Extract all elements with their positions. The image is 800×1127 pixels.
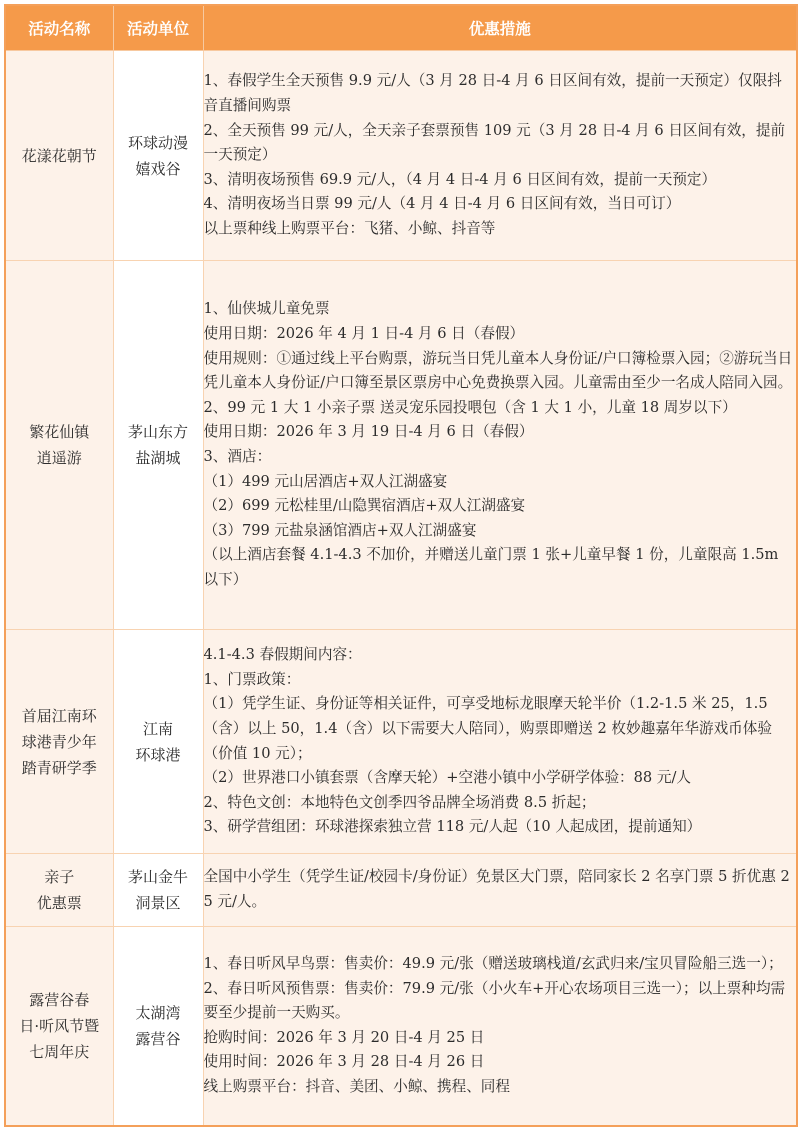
table-row: 亲子优惠票 茅山金牛洞景区 全国中小学生（凭学生证/校园卡/身份证）免景区大门票… bbox=[5, 854, 797, 927]
activity-unit-cell: 太湖湾露营谷 bbox=[113, 927, 203, 1126]
activity-unit-line: 茅山金牛 bbox=[128, 868, 188, 886]
measure-line: （3）799 元盐泉涵馆酒店+双人江湖盛宴 bbox=[204, 519, 797, 544]
activity-name-cell: 亲子优惠票 bbox=[5, 854, 113, 927]
activity-unit-line: 嬉戏谷 bbox=[135, 160, 180, 178]
measure-line: 1、春日听风早鸟票：售卖价：49.9 元/张（赠送玻璃栈道/玄武归来/宝贝冒险船… bbox=[204, 952, 797, 977]
activity-name-line: 亲子 bbox=[44, 868, 74, 886]
discount-measures-cell: 4.1-4.3 春假期间内容：1、门票政策：（1）凭学生证、身份证等相关证件，可… bbox=[203, 630, 797, 854]
activity-name-line: 日·听风节暨 bbox=[19, 1017, 99, 1035]
discount-measures-cell: 1、仙侠城儿童免票使用日期：2026 年 4 月 1 日-4 月 6 日（春假）… bbox=[203, 261, 797, 630]
measure-line: 1、门票政策： bbox=[204, 668, 797, 693]
measure-line: 4、清明夜场当日票 99 元/人（4 月 4 日-4 月 6 日区间有效，当日可… bbox=[204, 192, 797, 217]
table-row: 繁花仙镇逍遥游 茅山东方盐湖城 1、仙侠城儿童免票使用日期：2026 年 4 月… bbox=[5, 261, 797, 630]
activity-name-line: 逍遥游 bbox=[37, 449, 82, 467]
activity-unit-line: 太湖湾 bbox=[135, 1004, 180, 1022]
measure-line: 使用规则：①通过线上平台购票，游玩当日凭儿童本人身份证/户口簿检票入园；②游玩当… bbox=[204, 347, 797, 396]
measure-line: 抢购时间：2026 年 3 月 20 日-4 月 25 日 bbox=[204, 1026, 797, 1051]
activity-unit-cell: 江南环球港 bbox=[113, 630, 203, 854]
activity-unit-cell: 茅山金牛洞景区 bbox=[113, 854, 203, 927]
activity-name-line: 繁花仙镇 bbox=[29, 423, 89, 441]
measure-line: 3、研学营组团：环球港探索独立营 118 元/人起（10 人起成团，提前通知） bbox=[204, 815, 797, 840]
activity-unit-line: 盐湖城 bbox=[135, 449, 180, 467]
measure-line: （以上酒店套餐 4.1-4.3 不加价，并赠送儿童门票 1 张+儿童早餐 1 份… bbox=[204, 543, 797, 592]
activity-name-cell: 繁花仙镇逍遥游 bbox=[5, 261, 113, 630]
discount-measures-cell: 1、春日听风早鸟票：售卖价：49.9 元/张（赠送玻璃栈道/玄武归来/宝贝冒险船… bbox=[203, 927, 797, 1126]
measure-line: 以上票种线上购票平台：飞猪、小鲸、抖音等 bbox=[204, 217, 797, 242]
measure-line: 3、酒店： bbox=[204, 445, 797, 470]
activity-unit-line: 洞景区 bbox=[135, 894, 180, 912]
activity-unit-line: 露营谷 bbox=[135, 1030, 180, 1048]
header-activity-name: 活动名称 bbox=[5, 5, 113, 51]
table-row: 露营谷春日·听风节暨七周年庆 太湖湾露营谷 1、春日听风早鸟票：售卖价：49.9… bbox=[5, 927, 797, 1126]
discount-measures-cell: 全国中小学生（凭学生证/校园卡/身份证）免景区大门票，陪同家长 2 名享门票 5… bbox=[203, 854, 797, 927]
promotions-table-container: 活动名称 活动单位 优惠措施 花漾花朝节 环球动漫嬉戏谷 1、春假学生全天预售 … bbox=[4, 4, 796, 1127]
activity-unit-line: 茅山东方 bbox=[128, 423, 188, 441]
measure-line: 使用日期：2026 年 4 月 1 日-4 月 6 日（春假） bbox=[204, 322, 797, 347]
measure-line: 使用日期：2026 年 3 月 19 日-4 月 6 日（春假） bbox=[204, 420, 797, 445]
activity-unit-cell: 环球动漫嬉戏谷 bbox=[113, 51, 203, 261]
measure-line: （1）凭学生证、身份证等相关证件，可享受地标龙眼摩天轮半价（1.2-1.5 米 … bbox=[204, 692, 797, 766]
measure-line: 线上购票平台：抖音、美团、小鲸、携程、同程 bbox=[204, 1075, 797, 1100]
measure-line: 2、全天预售 99 元/人，全天亲子套票预售 109 元（3 月 28 日-4 … bbox=[204, 119, 797, 168]
measure-line: 1、春假学生全天预售 9.9 元/人（3 月 28 日-4 月 6 日区间有效，… bbox=[204, 69, 797, 118]
measure-line: 全国中小学生（凭学生证/校园卡/身份证）免景区大门票，陪同家长 2 名享门票 5… bbox=[204, 865, 797, 914]
activity-name-cell: 露营谷春日·听风节暨七周年庆 bbox=[5, 927, 113, 1126]
table-row: 花漾花朝节 环球动漫嬉戏谷 1、春假学生全天预售 9.9 元/人（3 月 28 … bbox=[5, 51, 797, 261]
measure-line: 使用时间：2026 年 3 月 28 日-4 月 26 日 bbox=[204, 1050, 797, 1075]
measure-line: 2、春日听风预售票：售卖价：79.9 元/张（小火车+开心农场项目三选一）；以上… bbox=[204, 977, 797, 1026]
activity-name-line: 花漾花朝节 bbox=[22, 147, 97, 165]
header-discount-measures: 优惠措施 bbox=[203, 5, 797, 51]
measure-line: 2、99 元 1 大 1 小亲子票 送灵宠乐园投喂包（含 1 大 1 小，儿童 … bbox=[204, 396, 797, 421]
measure-line: （1）499 元山居酒店+双人江湖盛宴 bbox=[204, 470, 797, 495]
activity-name-line: 踏青研学季 bbox=[22, 759, 97, 777]
activity-name-line: 七周年庆 bbox=[29, 1043, 89, 1061]
activity-unit-line: 江南 bbox=[143, 720, 173, 738]
discount-measures-cell: 1、春假学生全天预售 9.9 元/人（3 月 28 日-4 月 6 日区间有效，… bbox=[203, 51, 797, 261]
table-row: 首届江南环球港青少年踏青研学季 江南环球港 4.1-4.3 春假期间内容：1、门… bbox=[5, 630, 797, 854]
activity-name-line: 首届江南环 bbox=[22, 707, 97, 725]
measure-line: 4.1-4.3 春假期间内容： bbox=[204, 643, 797, 668]
activity-name-line: 优惠票 bbox=[37, 894, 82, 912]
table-header-row: 活动名称 活动单位 优惠措施 bbox=[5, 5, 797, 51]
measure-line: （2）世界港口小镇套票（含摩天轮）+空港小镇中小学研学体验：88 元/人 bbox=[204, 766, 797, 791]
measure-line: 3、清明夜场预售 69.9 元/人，（4 月 4 日-4 月 6 日区间有效，提… bbox=[204, 168, 797, 193]
measure-line: 2、特色文创：本地特色文创季四爷品牌全场消费 8.5 折起； bbox=[204, 791, 797, 816]
header-activity-unit: 活动单位 bbox=[113, 5, 203, 51]
activity-name-cell: 花漾花朝节 bbox=[5, 51, 113, 261]
activity-name-cell: 首届江南环球港青少年踏青研学季 bbox=[5, 630, 113, 854]
activity-unit-line: 环球港 bbox=[135, 746, 180, 764]
activity-unit-line: 环球动漫 bbox=[128, 134, 188, 152]
promotions-table: 活动名称 活动单位 优惠措施 花漾花朝节 环球动漫嬉戏谷 1、春假学生全天预售 … bbox=[4, 4, 798, 1127]
activity-name-line: 露营谷春 bbox=[29, 991, 89, 1009]
measure-line: （2）699 元松桂里/山隐巽宿酒店+双人江湖盛宴 bbox=[204, 494, 797, 519]
activity-unit-cell: 茅山东方盐湖城 bbox=[113, 261, 203, 630]
measure-line: 1、仙侠城儿童免票 bbox=[204, 297, 797, 322]
activity-name-line: 球港青少年 bbox=[22, 733, 97, 751]
